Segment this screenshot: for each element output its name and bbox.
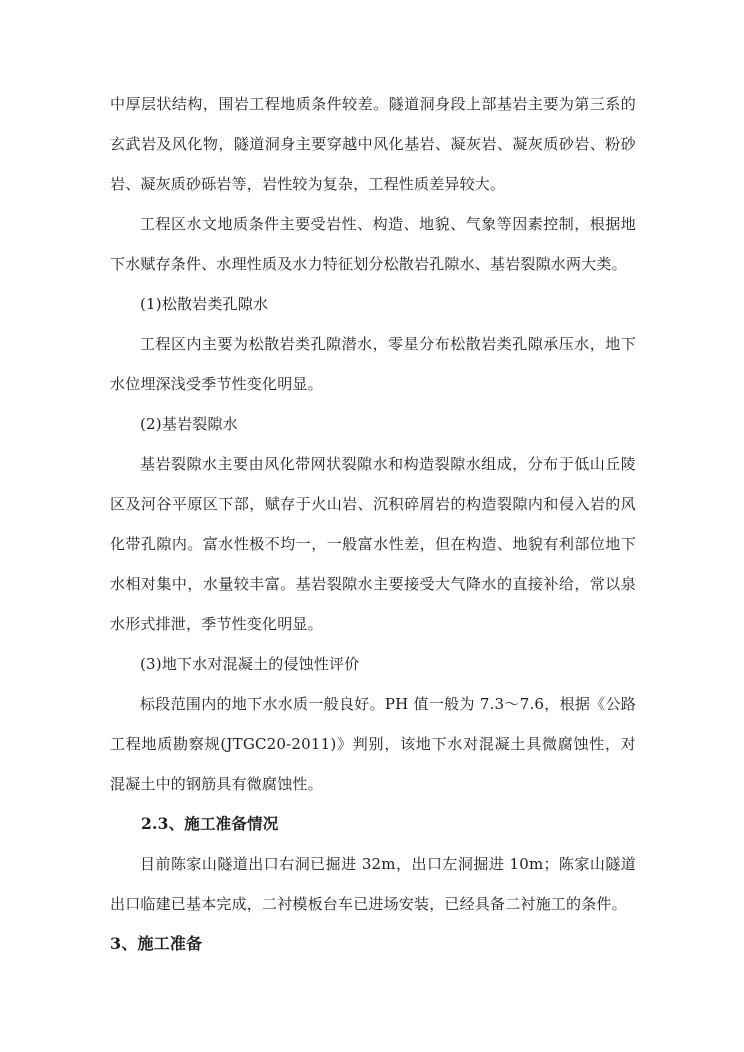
- list-item-bedrock-fissure-water: (2)基岩裂隙水: [110, 404, 636, 444]
- section-heading-2-3-construction-preparation-status: 2.3、施工准备情况: [110, 804, 636, 844]
- paragraph-water-quality: 标段范围内的地下水水质一般良好。PH 值一般为 7.3～7.6，根据《公路工程地…: [110, 684, 636, 804]
- document-page: 中厚层状结构，围岩工程地质条件较差。隧道洞身段上部基岩主要为第三系的玄武岩及风化…: [0, 0, 744, 1052]
- list-item-pore-water: (1)松散岩类孔隙水: [110, 284, 636, 324]
- section-heading-3-construction-preparation: 3、施工准备: [110, 924, 636, 964]
- list-item-corrosion-evaluation: (3)地下水对混凝土的侵蚀性评价: [110, 644, 636, 684]
- paragraph-pore-water-detail: 工程区内主要为松散岩类孔隙潜水，零星分布松散岩类孔隙承压水，地下水位埋深浅受季节…: [110, 324, 636, 404]
- paragraph-surrounding-rock: 中厚层状结构，围岩工程地质条件较差。隧道洞身段上部基岩主要为第三系的玄武岩及风化…: [110, 84, 636, 204]
- paragraph-bedrock-fissure-water-detail: 基岩裂隙水主要由风化带网状裂隙水和构造裂隙水组成，分布于低山丘陵区及河谷平原区下…: [110, 444, 636, 644]
- paragraph-tunnel-progress: 目前陈家山隧道出口右洞已掘进 32m，出口左洞掘进 10m；陈家山隧道出口临建已…: [110, 844, 636, 924]
- paragraph-hydrogeology-overview: 工程区水文地质条件主要受岩性、构造、地貌、气象等因素控制，根据地下水赋存条件、水…: [110, 204, 636, 284]
- document-content: 中厚层状结构，围岩工程地质条件较差。隧道洞身段上部基岩主要为第三系的玄武岩及风化…: [110, 84, 636, 964]
